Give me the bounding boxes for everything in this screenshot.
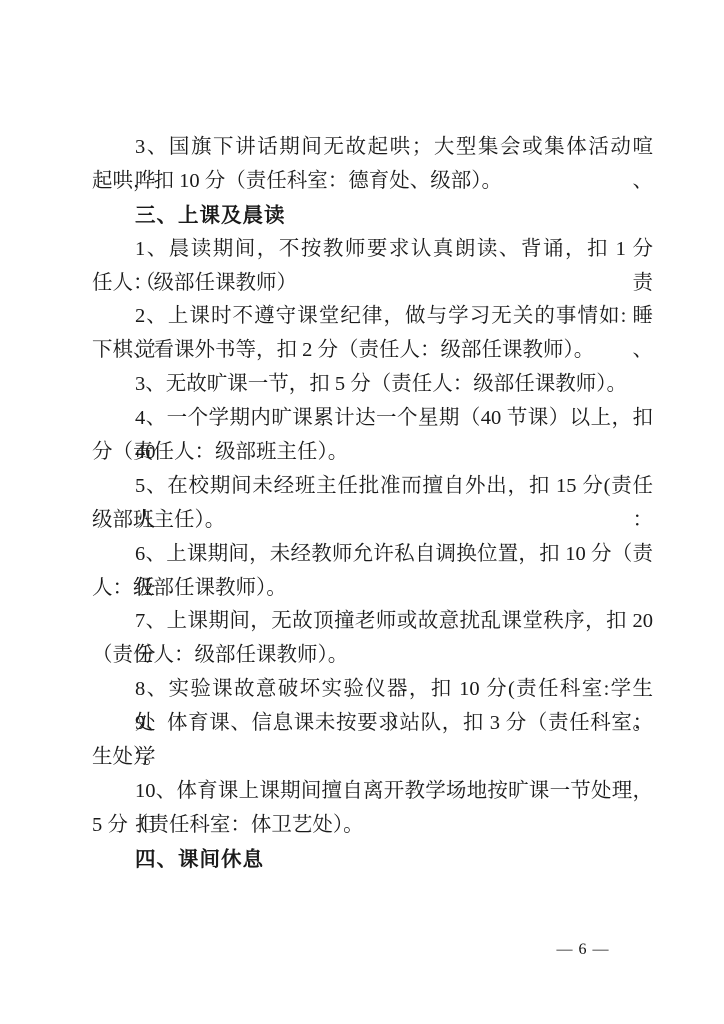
text-line: 10、体育课上课期间擅自离开教学场地按旷课一节处理，扣: [92, 775, 653, 809]
section-heading: 四、课间休息: [92, 843, 653, 877]
document-page: 3、国旗下讲话期间无故起哄；大型集会或集体活动喧哗、起哄，扣 10 分（责任科室…: [0, 0, 724, 1024]
page-number: — 6 —: [528, 941, 638, 959]
text-line: 8、实验课故意破坏实验仪器，扣 10 分(责任科室:学生处）。: [92, 673, 653, 707]
text-line: 5 分（责任科室：体卫艺处）。: [92, 809, 653, 843]
text-line: 5、在校期间未经班主任批准而擅自外出，扣 15 分(责任人：: [92, 470, 653, 504]
section-heading: 三、上课及晨读: [92, 199, 653, 233]
text-line: 分（责任人：级部班主任）。: [92, 436, 653, 470]
text-line: 6、上课期间，未经教师允许私自调换位置，扣 10 分（责任: [92, 538, 653, 572]
document-body: 3、国旗下讲话期间无故起哄；大型集会或集体活动喧哗、起哄，扣 10 分（责任科室…: [92, 131, 653, 877]
text-line: 3、无故旷课一节，扣 5 分（责任人：级部任课教师）。: [92, 368, 653, 402]
text-line: 3、国旗下讲话期间无故起哄；大型集会或集体活动喧哗、: [92, 131, 653, 165]
text-line: 人：级部任课教师）。: [92, 572, 653, 606]
text-line: （责任人：级部任课教师）。: [92, 639, 653, 673]
text-line: 下棋、看课外书等，扣 2 分（责任人：级部任课教师）。: [92, 334, 653, 368]
text-line: 9、体育课、信息课未按要求站队，扣 3 分（责任科室：学: [92, 707, 653, 741]
text-line: 7、上课期间，无故顶撞老师或故意扰乱课堂秩序，扣 20 分: [92, 605, 653, 639]
text-line: 生处）。: [92, 741, 653, 775]
text-line: 2、上课时不遵守课堂纪律，做与学习无关的事情如: 睡觉、: [92, 300, 653, 334]
text-line: 4、一个学期内旷课累计达一个星期（40 节课）以上，扣 40: [92, 402, 653, 436]
text-line: 1、晨读期间，不按教师要求认真朗读、背诵，扣 1 分（责: [92, 233, 653, 267]
